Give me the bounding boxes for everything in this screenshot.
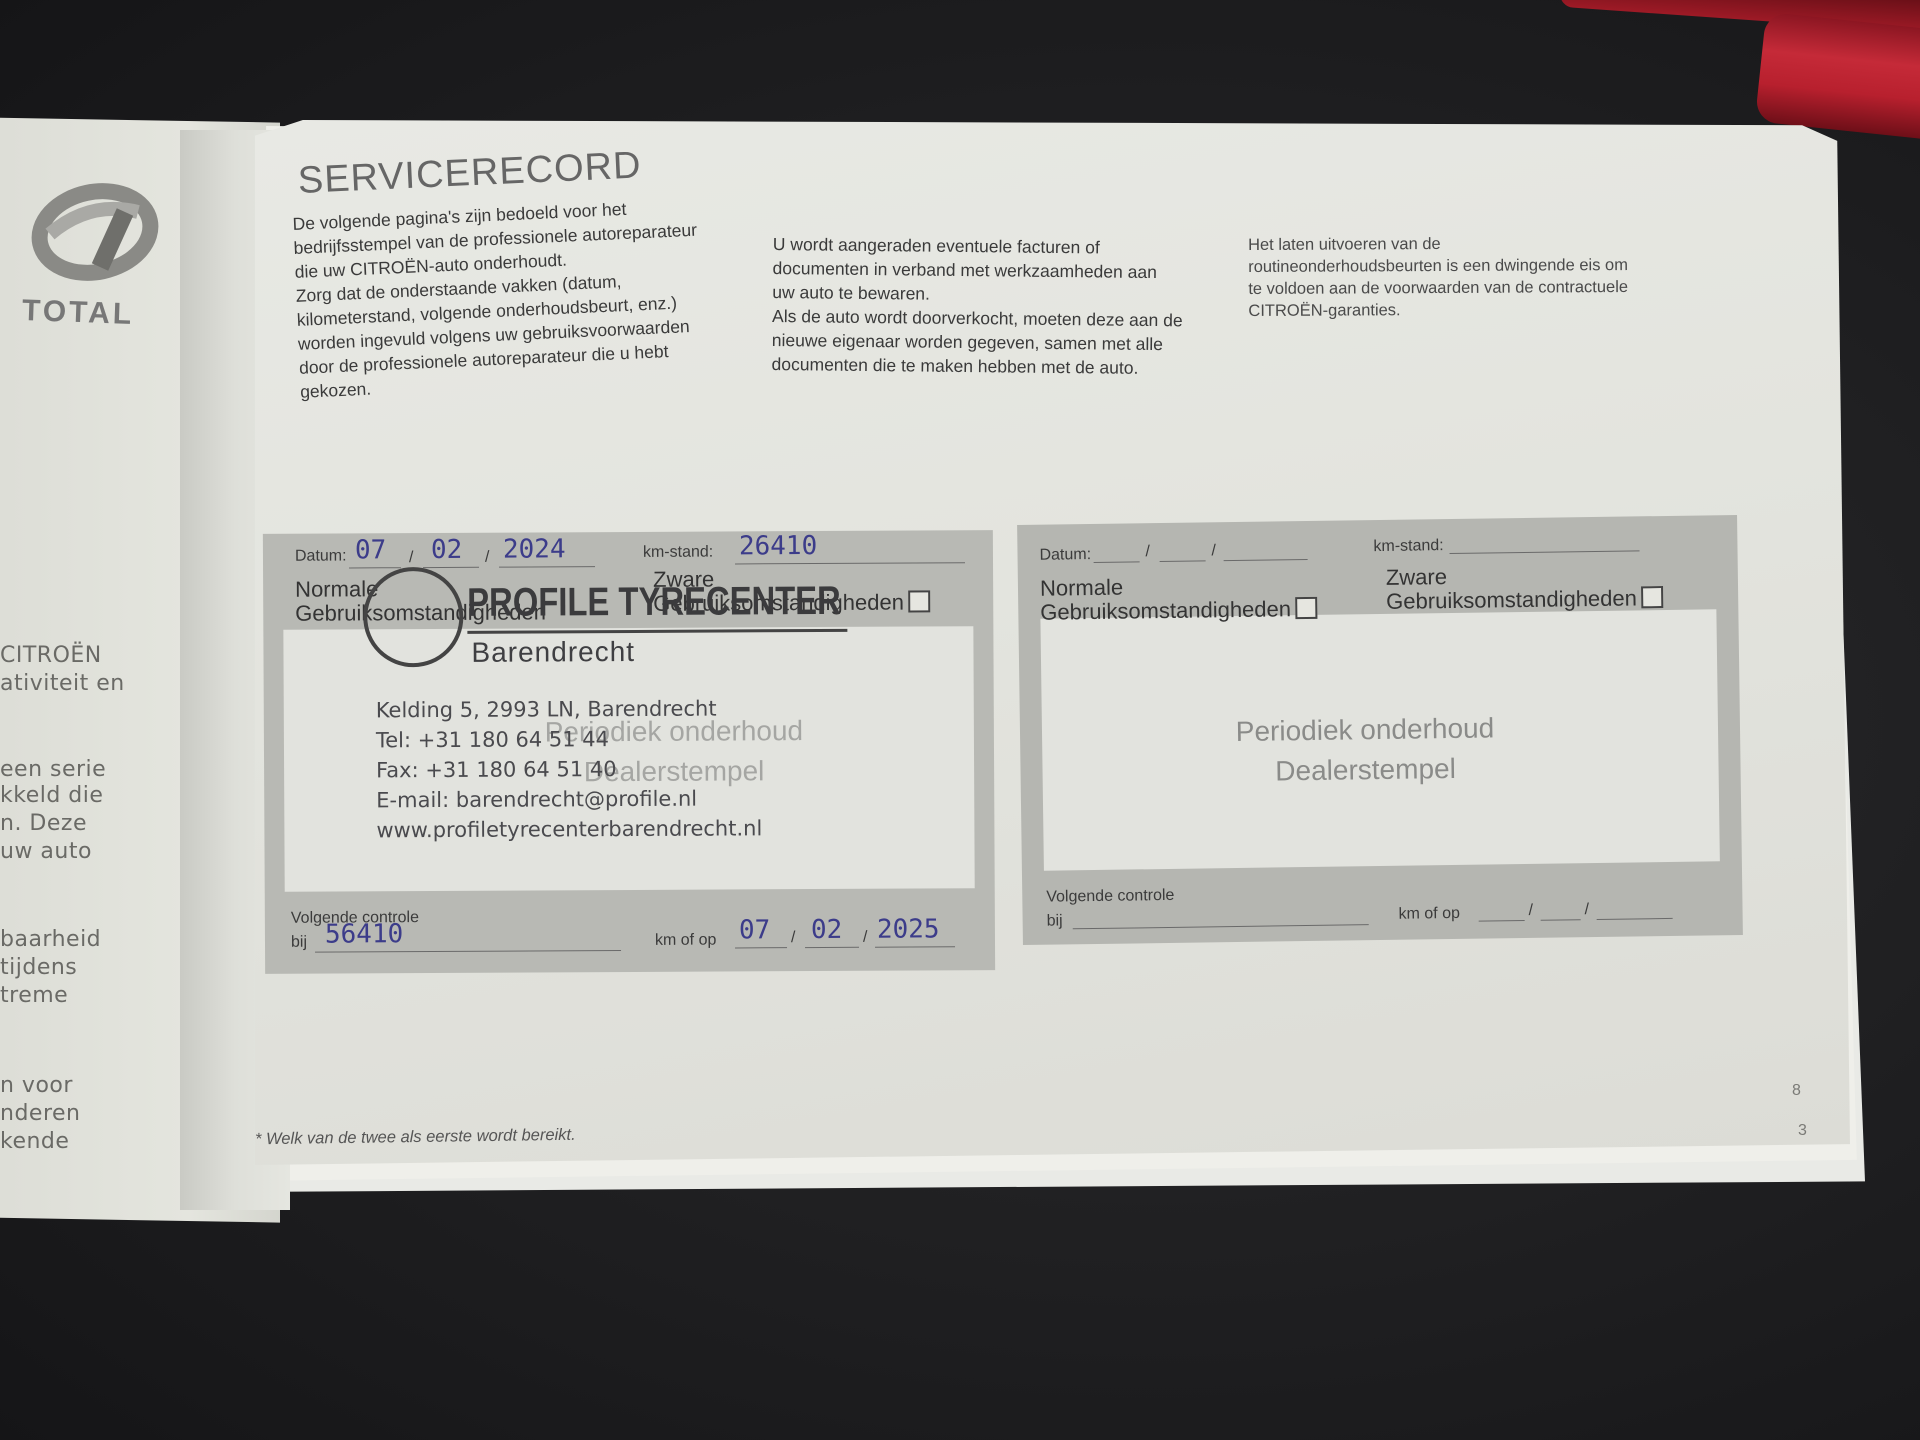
red-object-end	[1755, 12, 1920, 142]
left-text-line: kende	[0, 1128, 69, 1156]
next-date-year[interactable]: 2025	[877, 914, 940, 944]
left-text-line: uw auto	[0, 838, 92, 866]
date-separator: /	[1145, 543, 1150, 561]
date-separator: /	[1584, 901, 1589, 919]
date-month[interactable]: 02	[431, 535, 462, 565]
date-separator: /	[863, 929, 868, 947]
stamp-fax: Fax: +31 180 64 51 40	[376, 754, 617, 785]
km-stand-label: km-stand:	[1373, 537, 1443, 556]
date-year[interactable]: 2024	[503, 534, 566, 564]
left-text-line: baarheid	[0, 926, 101, 954]
next-km-value[interactable]: 56410	[325, 919, 403, 949]
stamp-placeholder: Periodiek onderhoud Dealerstempel	[1140, 707, 1591, 793]
placeholder-line-2: Dealerstempel	[1140, 747, 1591, 793]
stamp-email: E-mail: barendrecht@profile.nl	[376, 784, 697, 816]
bij-label: bij	[1047, 912, 1063, 930]
intro-column-1: De volgende pagina's zijn bedoeld voor h…	[292, 191, 760, 404]
next-date-month[interactable]: 02	[811, 915, 842, 945]
date-separator: /	[485, 549, 490, 567]
next-date-day[interactable]: 07	[739, 915, 770, 945]
left-text-line: een serie	[0, 756, 106, 784]
left-text-line: n voor	[0, 1072, 73, 1100]
normale-text: Normale	[1040, 575, 1123, 601]
stamp-address: Kelding 5, 2993 LN, Barendrecht	[376, 694, 717, 726]
date-label: Datum:	[295, 547, 347, 565]
left-text-line: tijdens	[0, 954, 77, 982]
stamp-city: Barendrecht	[471, 636, 635, 669]
zware-label: Zware Gebruiksomstandigheden	[1386, 562, 1663, 614]
date-label: Datum:	[1039, 546, 1091, 565]
left-text-line: n. Deze	[0, 810, 87, 838]
date-separator: /	[1528, 902, 1533, 920]
page-number: 3	[1798, 1122, 1807, 1140]
page-number-back: 8	[1792, 1082, 1801, 1100]
brand-name: TOTAL	[21, 294, 134, 332]
stamp-tel: Tel: +31 180 64 51 44	[376, 724, 609, 755]
next-check-label: Volgende controle	[1046, 887, 1174, 907]
intro-column-3: Het laten uitvoeren van de routineonderh…	[1248, 232, 1688, 322]
left-text-line: treme	[0, 982, 68, 1010]
date-separator: /	[1211, 542, 1216, 560]
left-text-line: nderen	[0, 1100, 80, 1128]
left-text-line: CITROËN	[0, 642, 102, 670]
km-stand-value[interactable]: 26410	[739, 531, 817, 561]
placeholder-line-1: Periodiek onderhoud	[1140, 707, 1591, 753]
total-logo-icon	[30, 182, 160, 282]
gebruik-text: Gebruiksomstandigheden	[1040, 596, 1291, 624]
left-text-line: kkeld die	[0, 782, 103, 810]
km-stand-label: km-stand:	[643, 544, 713, 562]
gebruik-text: Gebruiksomstandigheden	[1386, 585, 1637, 613]
date-separator: /	[791, 929, 796, 947]
zware-text: Zware	[1386, 564, 1447, 590]
service-record-box-1: Datum: 07 / 02 / 2024 km-stand: 26410 No…	[263, 530, 995, 974]
zware-checkbox[interactable]	[908, 590, 930, 612]
km-of-op-label: km of op	[1398, 905, 1460, 924]
date-separator: /	[409, 549, 414, 567]
normale-label: Normale Gebruiksomstandigheden	[1040, 573, 1317, 625]
left-text-line: ativiteit en	[0, 670, 125, 698]
zware-checkbox[interactable]	[1641, 586, 1663, 608]
date-day[interactable]: 07	[355, 535, 386, 565]
service-record-box-2: Datum: / / km-stand: Normale Gebruiksoms…	[1017, 515, 1743, 945]
normale-checkbox[interactable]	[1295, 597, 1317, 619]
stamp-company-name: PROFILE TYRECENTER	[467, 579, 841, 626]
stamp-logo-icon	[363, 567, 464, 668]
intro-column-2: U wordt aangeraden eventuele facturen of…	[771, 232, 1252, 381]
bij-label: bij	[291, 934, 307, 952]
km-of-op-label: km of op	[655, 932, 716, 950]
stamp-website: www.profiletyrecenterbarendrecht.nl	[376, 813, 762, 845]
